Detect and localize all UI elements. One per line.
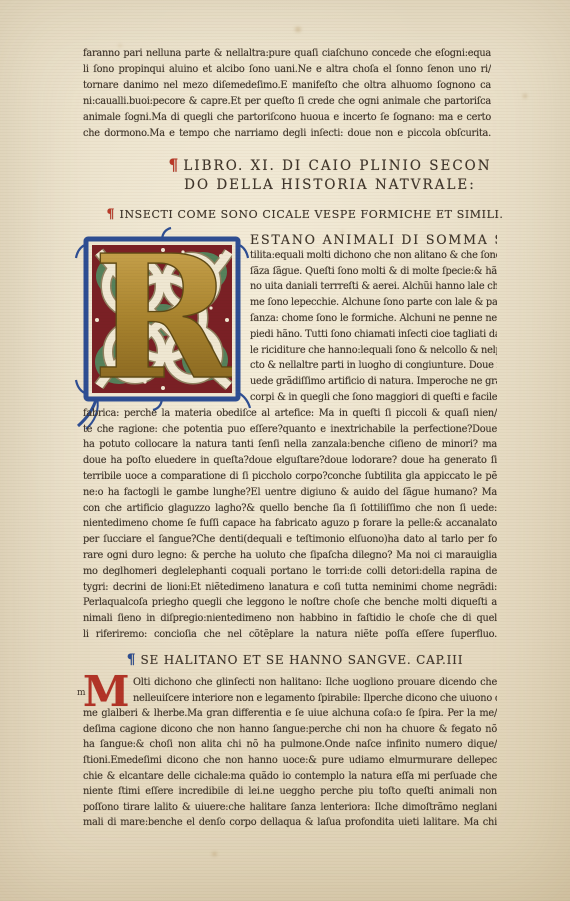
text-line: ha ſangue:& choſi non alita chi nõ ha pu…: [83, 737, 497, 753]
text-line: doue ha poſto eluedere in queſta?doue el…: [83, 453, 497, 469]
drop-cap-letter: R: [92, 218, 235, 418]
drop-cap-M: M: [83, 675, 129, 705]
guide-letter: m: [77, 688, 86, 698]
book-title-line1: ¶LIBRO. XI. DI CAIO PLINIO SECON: [90, 155, 570, 176]
text-line: cto & nellaltre parti in luogho di congi…: [250, 358, 497, 374]
text-line: nelleuiſcere interiore non e legamento ſ…: [133, 691, 497, 707]
text-line: fabrica: perche la materia obediſce al a…: [83, 406, 497, 422]
pilcrow-icon: ¶: [127, 652, 136, 668]
scanned-book-page: faranno pari nelluna parte & nellaltra:p…: [0, 0, 570, 901]
chapter3-lines: Olti dichono che glinſecti non halitano:…: [83, 675, 497, 831]
chapter-title: ¶INSECTI COME SONO CICALE VESPE FORMICHE…: [85, 206, 525, 221]
book-title-line2: DO DELLA HISTORIA NATVRALE:: [90, 176, 570, 195]
text-line: mo deglhomeri deglelephanti coquali port…: [83, 564, 497, 580]
decorated-initial-R: R: [83, 236, 241, 402]
lines-full-width: fabrica: perche la materia obediſce al a…: [83, 406, 497, 643]
text-line: mali di mare:benche el denſo corpo della…: [83, 815, 497, 831]
text-line: rare ogni duro legno: & perche ha uoluto…: [83, 548, 497, 564]
text-line: per ſucciare el ſangue?Che denti(dequali…: [83, 532, 497, 548]
text-line: tornare danimo nel mezo diſemedeſimo.E m…: [83, 78, 491, 94]
text-line: te che ragione: che potentia puo eſſere?…: [83, 422, 497, 438]
chapter-title-text: INSECTI COME SONO CICALE VESPE FORMICHE …: [120, 208, 504, 221]
text-line: le riciditure che hanno:lequali ſono & n…: [250, 343, 497, 359]
chapter3-title-text: SE HALITANO ET SE HANNO SANGVE. CAP.III: [141, 653, 464, 667]
text-line: che dormono.Ma e tempo che narriamo degl…: [83, 126, 491, 142]
main-paragraph: R ESTANO ANIMALI DI SOMMA SVB tilita:equ…: [83, 232, 497, 643]
foxing-spot: [295, 27, 301, 32]
text-line: no uita daniali terrreſti & aerei. Alchũ…: [250, 279, 497, 295]
text-line: piedi hãno. Tutti ſono chiamati inſecti …: [250, 327, 497, 343]
intro-paragraph: faranno pari nelluna parte & nellaltra:p…: [83, 46, 491, 142]
book-title: ¶LIBRO. XI. DI CAIO PLINIO SECON DO DELL…: [90, 155, 570, 195]
text-line: faranno pari nelluna parte & nellaltra:p…: [83, 46, 491, 62]
text-line: me glalberi & lherbe.Ma gran differentia…: [83, 706, 497, 722]
text-line: Olti dichono che glinſecti non halitano:…: [133, 675, 497, 691]
paragraph-first-line: ESTANO ANIMALI DI SOMMA SVB: [250, 232, 497, 248]
text-line: niente ſtimi eſſere incredibile di lei.n…: [83, 784, 497, 800]
foxing-spot: [212, 852, 217, 856]
text-line: ha potuto collocare la natura tanti ſenſ…: [83, 437, 497, 453]
foxing-spot: [430, 558, 433, 561]
chapter3-title: ¶SE HALITANO ET SE HANNO SANGVE. CAP.III: [83, 652, 507, 668]
foxing-spot: [341, 231, 344, 234]
book-title-text: LIBRO. XI. DI CAIO PLINIO SECON: [183, 158, 491, 174]
text-line: ne:o ha factogli le gambe lunghe?El uent…: [83, 485, 497, 501]
text-line: animale ſogni.Ma di quegli che partoriſc…: [83, 110, 491, 126]
text-line: uede grãdiſſimo artificio di natura. Imp…: [250, 374, 497, 390]
text-line: corpi & in quegli che ſono maggiori di q…: [250, 390, 497, 406]
text-line: ſãza ſãgue. Queſti ſono molti & di molte…: [250, 264, 497, 280]
text-line: nientedimeno chome ſe fuſſi capace ha fa…: [83, 516, 497, 532]
text-line: li ſono propinqui aluino et alcibo ſono …: [83, 62, 491, 78]
text-line: con che artificio glaguzzo lagho?& quell…: [83, 501, 497, 517]
foxing-spot: [523, 94, 527, 98]
text-line: Perlaqualcoſa priegho quegli che leggono…: [83, 595, 497, 611]
text-line: nimali ſieno in diſpregio:nientedimeno n…: [83, 611, 497, 627]
text-line: terribile uoce a comparatione di ſi picc…: [83, 469, 497, 485]
pilcrow-icon: ¶: [106, 206, 114, 221]
text-line: ſtioni.Emedeſimi dicono che non hanno uo…: [83, 753, 497, 769]
text-line: tygri: decrini de lioni:Et niẽtedimeno l…: [83, 580, 497, 596]
text-line: ni:caualli.buoi:pecore & capre.Et per qu…: [83, 94, 491, 110]
chapter3-paragraph: m M Olti dichono che glinſecti non halit…: [83, 675, 497, 831]
foxing-spot: [118, 44, 122, 47]
text-line: chie & elcantare delle cichale:ma quãdo …: [83, 769, 497, 785]
text-line: poſſono tirare lalito & uiuere:che halit…: [83, 800, 497, 816]
pilcrow-icon: ¶: [168, 155, 178, 174]
text-line: ſanza: chome ſono le formiche. Alchuni n…: [250, 311, 497, 327]
text-line: me ſono lepecchie. Alchune ſono parte co…: [250, 295, 497, 311]
text-line: li riferiremo: concioſia che nel cõtẽpla…: [83, 627, 497, 643]
text-line: deſima cagione dicono che non hanno ſang…: [83, 722, 497, 738]
text-line: tilita:equali molti dichono che non alit…: [250, 248, 497, 264]
